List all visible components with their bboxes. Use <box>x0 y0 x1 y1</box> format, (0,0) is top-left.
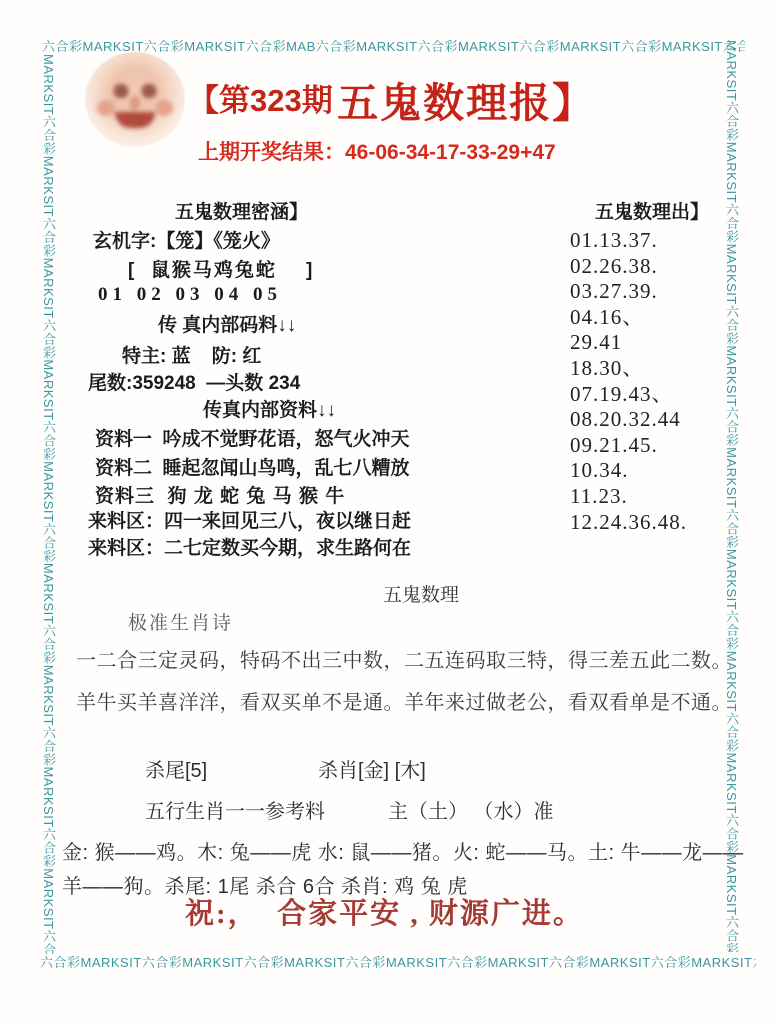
number-row: 10.34. <box>570 458 687 484</box>
poem-line-1: 一二合三定灵码，特码不出三中数，二五连码取三特，得三差五此二数。 <box>76 644 732 673</box>
material-line-3: 资料三 狗 龙 蛇 兔 马 猴 牛 <box>95 481 345 508</box>
number-row: 09.21.45. <box>570 433 687 459</box>
number-row: 07.19.43、 <box>570 382 687 408</box>
zodiac-poem-label: 极准生肖诗 <box>128 608 233 635</box>
last-draw-result: 上期开奖结果：46-06-34-17-33-29+47 <box>198 136 556 166</box>
zodiac-bracket-line: [ 鼠猴马鸡兔蛇 ] <box>128 255 314 282</box>
fax-material-header: 传真内部资料↓↓ <box>203 395 336 422</box>
number-row: 04.16、 <box>570 305 687 331</box>
middle-section-title: 五鬼数理 <box>383 580 459 607</box>
elements-mapping-line-1: 金: 猴——鸡。木: 兔——虎 水: 鼠——猪。火: 蛇——马。土: 牛——龙—… <box>62 836 744 865</box>
mystery-word-line: 玄机字:【笼】《笼火》 <box>93 226 280 253</box>
smile-shape <box>115 112 155 128</box>
decorative-border-left: MARKSIT六合彩MARKSIT六合彩MARKSIT六合彩MARKSIT六合彩… <box>37 54 58 954</box>
number-row: 08.20.32.44 <box>570 407 687 433</box>
number-list: 01.13.37. 02.26.38. 03.27.39. 04.16、 29.… <box>570 228 687 535</box>
material-line-2: 资料二 睡起忽闻山鸟鸣，乱七八糟放 <box>95 453 410 480</box>
cheek-right-shape <box>155 100 173 116</box>
decorative-border-bottom: 六合彩MARKSIT六合彩MARKSIT六合彩MARKSIT六合彩MARKSIT… <box>40 952 756 974</box>
number-sequence-line: 01 02 03 04 05 <box>98 284 282 306</box>
tail-head-numbers-line: 尾数:359248 —头数 234 <box>88 368 300 395</box>
cheek-left-shape <box>97 100 115 116</box>
mascot-face-image <box>85 52 185 147</box>
kill-tail-label: 杀尾[5] <box>145 754 207 783</box>
material-line-1: 资料一 吟成不觉野花语，怒气火冲天 <box>95 424 410 451</box>
number-row: 11.23. <box>570 484 687 510</box>
incoming-material-line-1: 来料区：四一来回见三八，夜以继日赶 <box>88 506 411 533</box>
five-elements-title: 五行生肖一一参考料 <box>145 795 325 824</box>
paper-name: 五鬼数理报】 <box>337 80 595 126</box>
main-elements-hint: 主（土） （水）准 <box>388 795 554 824</box>
blessing-line: 祝:， 合家平安 , 财源广进。 <box>185 891 584 932</box>
number-row: 02.26.38. <box>570 254 687 280</box>
issue-number: 【第323期 <box>188 83 333 118</box>
special-main-line: 特主: 蓝 防: 红 <box>122 341 261 368</box>
number-row: 12.24.36.48. <box>570 510 687 536</box>
right-column-header: 五鬼数理出】 <box>595 197 709 224</box>
page-title: 【第323期 五鬼数理报】 <box>188 70 595 129</box>
number-row: 01.13.37. <box>570 228 687 254</box>
number-row: 18.30、 <box>570 356 687 382</box>
incoming-material-line-2: 来料区：二七定数买今期，求生路何在 <box>88 533 411 560</box>
newspaper-page: 六合彩MARKSIT六合彩MARKSIT六合彩MAB六合彩MARKSIT六合彩M… <box>0 0 775 1026</box>
nose-shape <box>130 96 140 110</box>
number-row: 29.41 <box>570 330 687 356</box>
number-row: 03.27.39. <box>570 279 687 305</box>
fax-code-header: 传 真内部码料↓↓ <box>158 310 296 337</box>
kill-zodiac-label: 杀肖[金] [木] <box>318 754 426 783</box>
decorative-border-right: MARKSIT六合彩MARKSIT六合彩MARKSIT六合彩MARKSIT六合彩… <box>718 40 741 952</box>
poem-line-2: 羊牛买羊喜洋洋，看双买单不是通。羊年来过做老公，看双看单是不通。 <box>76 686 732 715</box>
left-column-header: 五鬼数理密涵】 <box>175 197 308 224</box>
face-features <box>85 52 185 147</box>
